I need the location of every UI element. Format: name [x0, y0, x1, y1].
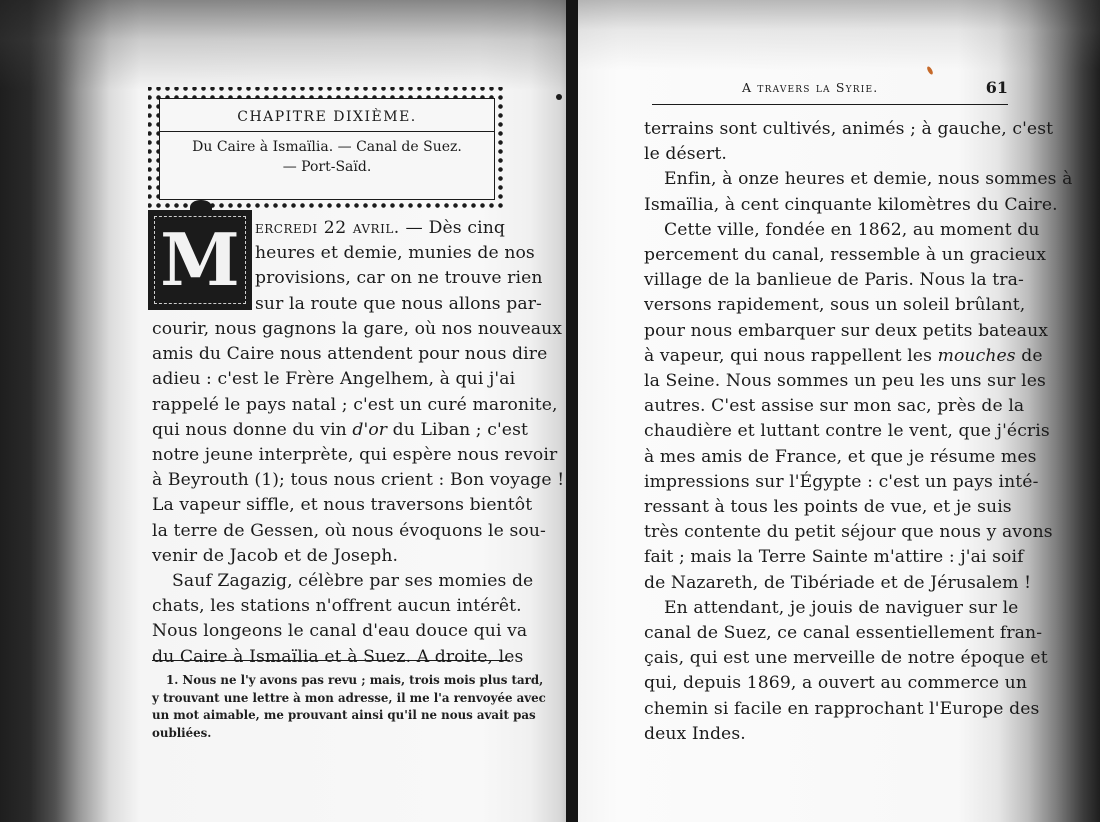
footnote-rule — [152, 660, 510, 661]
footnote-line: y trouvant une lettre à mon adresse, il … — [152, 690, 510, 708]
text-line: pour nous embarquer sur deux petits bate… — [644, 319, 1000, 344]
text-line: du Caire à Ismaïlia et à Suez. A droite,… — [152, 645, 505, 670]
running-title: A travers la Syrie. — [742, 80, 878, 95]
chapter-subtitle-line-2: — Port-Saïd. — [160, 157, 494, 177]
text-line: autres. C'est assise sur mon sac, près d… — [644, 394, 1000, 419]
text-line: Enfin, à onze heures et demie, nous somm… — [644, 167, 1000, 192]
right-body: terrains sont cultivés, animés ; à gauch… — [644, 117, 1000, 747]
text-line: courir, nous gagnons la gare, où nos nou… — [152, 317, 505, 342]
book-spread: CHAPITRE DIXIÈME. Du Caire à Ismaïlia. —… — [0, 0, 1100, 822]
text-line: ressant à tous les points de vue, et je … — [644, 495, 1000, 520]
text-line: Ismaïlia, à cent cinquante kilomètres du… — [644, 193, 1000, 218]
text-line: sur la route que nous allons par- — [255, 292, 505, 317]
footnote-line: oubliées. — [152, 725, 510, 743]
page-number: 61 — [986, 78, 1008, 97]
ornamental-dropcap: M — [148, 210, 252, 310]
text-line: notre jeune interprète, qui espère nous … — [152, 443, 505, 468]
text-line: çais, qui est une merveille de notre épo… — [644, 646, 1000, 671]
text-line: la terre de Gessen, où nous évoquons le … — [152, 519, 505, 544]
text-line: chemin si facile en rapprochant l'Europe… — [644, 697, 1000, 722]
text-line: chats, les stations n'offrent aucun inté… — [152, 594, 505, 619]
text-line: heures et demie, munies de nos — [255, 241, 505, 266]
text-line: deux Indes. — [644, 722, 1000, 747]
text-line: chaudière et luttant contre le vent, que… — [644, 419, 1000, 444]
opening-smallcaps: ercredi 22 avril. — [255, 218, 400, 238]
text-line: En attendant, je jouis de naviguer sur l… — [644, 596, 1000, 621]
text-line: ercredi 22 avril. — Dès cinq — [255, 216, 505, 241]
stain-speck — [926, 66, 934, 76]
text-line: très contente du petit séjour que nous y… — [644, 520, 1000, 545]
chapter-heading-box: CHAPITRE DIXIÈME. Du Caire à Ismaïlia. —… — [148, 87, 506, 211]
book-gutter — [566, 0, 578, 822]
footnote-line: 1. Nous ne l'y avons pas revu ; mais, tr… — [152, 672, 510, 690]
text-line: de Nazareth, de Tibériade et de Jérusale… — [644, 571, 1000, 596]
text-line: impressions sur l'Égypte : c'est un pays… — [644, 470, 1000, 495]
text-line: Sauf Zagazig, célèbre par ses momies de — [152, 569, 505, 594]
text-line: Nous longeons le canal d'eau douce qui v… — [152, 619, 505, 644]
running-head: A travers la Syrie. 61 — [652, 80, 1008, 100]
ink-speck — [556, 94, 562, 100]
chapter-subtitle-line-1: Du Caire à Ismaïlia. — Canal de Suez. — [160, 137, 494, 157]
text-line: à mes amis de France, et que je résume m… — [644, 445, 1000, 470]
text-line: adieu : c'est le Frère Angelhem, à qui j… — [152, 367, 505, 392]
text-line: Cette ville, fondée en 1862, au moment d… — [644, 218, 1000, 243]
text-line: la Seine. Nous sommes un peu les uns sur… — [644, 369, 1000, 394]
text-line: venir de Jacob et de Joseph. — [152, 544, 505, 569]
header-rule — [652, 104, 1008, 105]
chapter-subtitle: Du Caire à Ismaïlia. — Canal de Suez. — … — [160, 137, 494, 177]
text-line: fait ; mais la Terre Sainte m'attire : j… — [644, 545, 1000, 570]
text-line: à Beyrouth (1); tous nous crient : Bon v… — [152, 468, 505, 493]
chapter-title: CHAPITRE DIXIÈME. — [160, 106, 494, 132]
text-line: qui nous donne du vin d'or du Liban ; c'… — [152, 418, 505, 443]
text-line: à vapeur, qui nous rappellent les mouche… — [644, 344, 1000, 369]
left-body: courir, nous gagnons la gare, où nos nou… — [152, 317, 505, 670]
text-line: percement du canal, ressemble à un graci… — [644, 243, 1000, 268]
text-line: provisions, car on ne trouve rien — [255, 266, 505, 291]
dropcap-letter: M — [150, 212, 250, 308]
chapter-heading-frame: CHAPITRE DIXIÈME. Du Caire à Ismaïlia. —… — [159, 98, 495, 200]
text-line: le désert. — [644, 142, 1000, 167]
text-line: La vapeur siffle, et nous traversons bie… — [152, 493, 505, 518]
text-line: terrains sont cultivés, animés ; à gauch… — [644, 117, 1000, 142]
text-line: versons rapidement, sous un soleil brûla… — [644, 293, 1000, 318]
text-line: canal de Suez, ce canal essentiellement … — [644, 621, 1000, 646]
footnote: 1. Nous ne l'y avons pas revu ; mais, tr… — [152, 672, 510, 742]
text-line: rappelé le pays natal ; c'est un curé ma… — [152, 393, 505, 418]
left-body-opening: ercredi 22 avril. — Dès cinq heures et d… — [255, 216, 505, 317]
footnote-line: un mot aimable, me prouvant ainsi qu'il … — [152, 707, 510, 725]
text-line: qui, depuis 1869, a ouvert au commerce u… — [644, 671, 1000, 696]
text-line: amis du Caire nous attendent pour nous d… — [152, 342, 505, 367]
text-line: village de la banlieue de Paris. Nous la… — [644, 268, 1000, 293]
